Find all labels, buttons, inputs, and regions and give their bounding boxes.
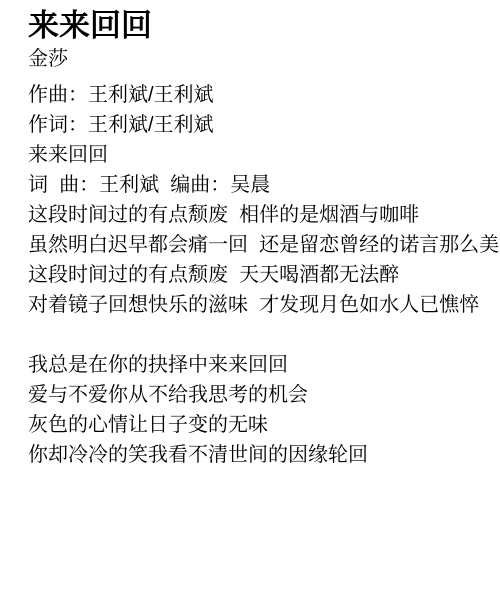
lyric-line: 灰色的心情让日子变的无味 bbox=[28, 410, 500, 440]
lyrics-block: 作曲：王利斌/王利斌 作词：王利斌/王利斌 来来回回 词 曲：王利斌 编曲：吴晨… bbox=[28, 80, 500, 470]
lyric-line: 我总是在你的抉择中来来回回 bbox=[28, 350, 500, 380]
credit-lyricist-line: 作词：王利斌/王利斌 bbox=[28, 110, 500, 140]
credit-arranger-line: 词 曲：王利斌 编曲：吴晨 bbox=[28, 170, 500, 200]
lyric-line: 虽然明白迟早都会痛一回 还是留恋曾经的诺言那么美 bbox=[28, 230, 500, 260]
lyric-line: 对着镜子回想快乐的滋味 才发现月色如水人已憔悴 bbox=[28, 290, 500, 320]
credit-composer-line: 作曲：王利斌/王利斌 bbox=[28, 80, 500, 110]
page-title: 来来回回 bbox=[28, 8, 500, 44]
lyric-line: 这段时间过的有点颓废 相伴的是烟酒与咖啡 bbox=[28, 200, 500, 230]
blank-line bbox=[28, 320, 500, 350]
lyrics-page: 来来回回 金莎 作曲：王利斌/王利斌 作词：王利斌/王利斌 来来回回 词 曲：王… bbox=[28, 8, 500, 470]
lyric-line: 爱与不爱你从不给我思考的机会 bbox=[28, 380, 500, 410]
song-name-line: 来来回回 bbox=[28, 140, 500, 170]
lyric-line: 你却冷冷的笑我看不清世间的因缘轮回 bbox=[28, 440, 500, 470]
artist-name: 金莎 bbox=[28, 46, 500, 72]
lyric-line: 这段时间过的有点颓废 天天喝酒都无法醉 bbox=[28, 260, 500, 290]
